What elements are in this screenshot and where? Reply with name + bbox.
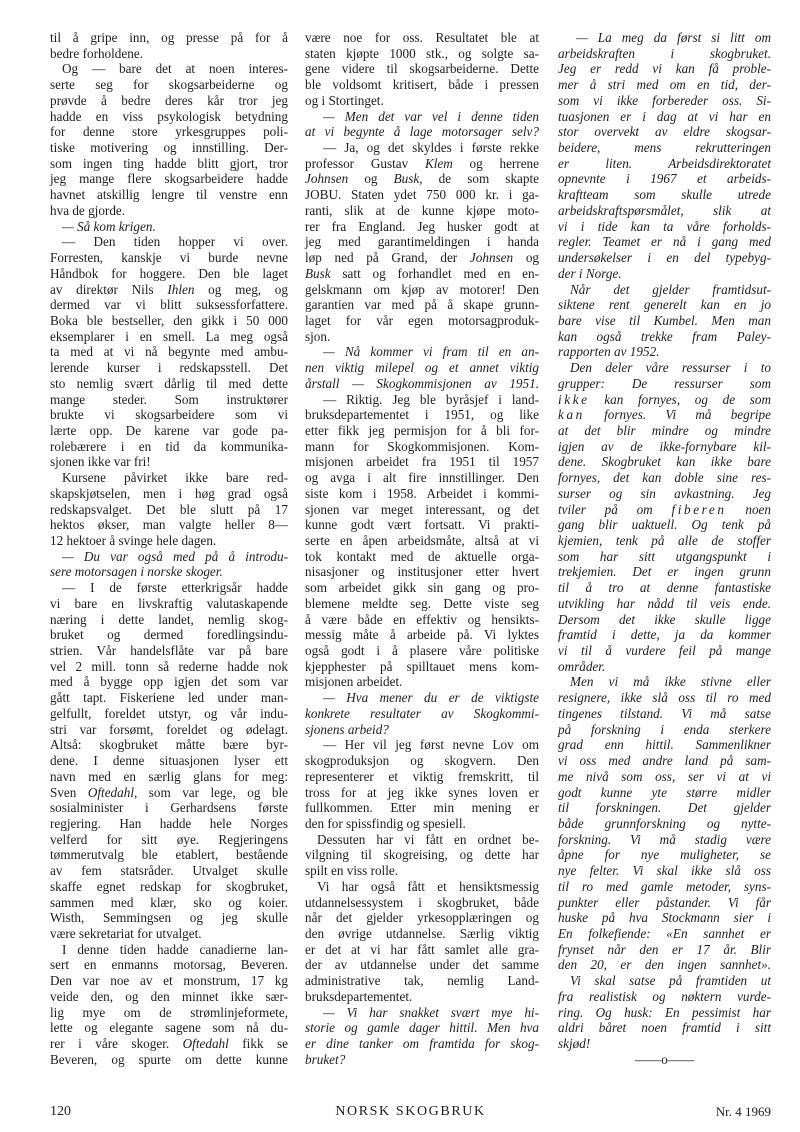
text-line: stri var forsømt, foreldet og ødelagt. [50, 722, 288, 738]
text-line: sjonen ikke var fri! [50, 454, 288, 470]
text-line: rolebærere i en tid da kommunika- [50, 439, 288, 455]
text-line: bedre forholdene. [50, 46, 288, 62]
text-line: bare vise til Kumbel. Men man [558, 313, 771, 329]
magazine-title: NORSK SKOGBRUK [50, 1104, 771, 1120]
text-line: grad enn hittil. Sammenlikner [558, 737, 771, 753]
spaced-emphasis: ikke [558, 392, 590, 407]
text-line: Men vi må ikke stivne eller [558, 674, 771, 690]
text-line: misjonen arbeidet. [305, 674, 539, 690]
text-line: vi til å vurdere feil på mange [558, 643, 771, 659]
text-line: redskapsvalget. Det ble slutt på 17 [50, 502, 288, 518]
text-line: rer fra England. Jeg husker godt at [305, 219, 539, 235]
text-line: å være både en effektiv og hensikts- [305, 612, 539, 628]
text-line: er det at vi har fått samlet alle gra- [305, 942, 539, 958]
text-line: næring i dette landet, nemlig skog- [50, 612, 288, 628]
text-line: nen viktig milepel og et annet viktig [305, 360, 539, 376]
text-line: Wisth, Semmingsen og jeg skulle [50, 910, 288, 926]
text-line: etter fikk jeg permisjon for å bli for- [305, 423, 539, 439]
text-line: fullkommen. Etter min mening er [305, 800, 539, 816]
italic-name: Oftedahl [88, 785, 134, 800]
text-line: arbeidskraftspørsmålet, slik at [558, 203, 771, 219]
text-line: — Hva mener du er de viktigste [305, 690, 539, 706]
text-line: av direktør Nils Ihlen og meg, og [50, 282, 288, 298]
text-line: områder. [558, 659, 771, 675]
text-line: regler. Teamet er nå i gang med [558, 234, 771, 250]
text-line: aldri båret noen framtid i sitt [558, 1020, 771, 1036]
text-line: opnevnte i 1967 et arbeids- [558, 171, 771, 187]
page-footer: 120 NORSK SKOGBRUK Nr. 4 1969 [50, 1104, 771, 1124]
text-line: nye felter. Vi skal ikke slå oss [558, 863, 771, 879]
text-line: ta med at vi nå begynte med ambu- [50, 344, 288, 360]
text-line: at det blir mindre og mindre [558, 423, 771, 439]
text-line: strien. Vår handelsflåte var på bare [50, 643, 288, 659]
text-line: dene. Skogbruket kan ikke bare [558, 454, 771, 470]
text-line: navn med en særlig glans for meg: [50, 769, 288, 785]
text-line: ring. Og husk: En pessimist har [558, 1005, 771, 1021]
text-line: der i Norge. [558, 266, 771, 282]
text-line: den 20, er den ingen sannhet». [558, 957, 771, 973]
text-line: ble voldsomt kritisert, både i pressen [305, 77, 539, 93]
text-line: kraftteam som skulle utrede [558, 187, 771, 203]
text-line: Vi skal satse på framtiden ut [558, 973, 771, 989]
text-line: serte en åpen arbeidsmåte, altså at vi [305, 533, 539, 549]
text-line: tømmerutvalg ble etablert, bestående [50, 847, 288, 863]
text-line: skogproduksjon og skogvern. Den [305, 753, 539, 769]
text-segment: tviler på om [558, 502, 672, 517]
text-line: skapskjøtselen, men i høg grad også [50, 486, 288, 502]
text-line: veide den, og den minnet ikke sær- [50, 989, 288, 1005]
text-line: mange steder. Som instruktører [50, 392, 288, 408]
text-line: vi bare en livskraftig valutaskapende [50, 596, 288, 612]
text-line: nisasjoner og institusjoner etter hvert [305, 564, 539, 580]
text-line: hadde en viss psykologisk betydning [50, 109, 288, 125]
italic-name: Johnsen [470, 250, 513, 265]
text-line: — Du var også med på å introdu- [50, 549, 288, 565]
text-line: som vi ikke forbereder oss. Si- [558, 93, 771, 109]
text-line: rer i våre skoger. Oftedahl fikk se [50, 1036, 288, 1052]
text-line: representerer et viktig fremskritt, til [305, 769, 539, 785]
text-line: og i Stortinget. [305, 93, 539, 109]
text-line: den øvrige utdannelse. Særlig viktig [305, 926, 539, 942]
text-line: Kursene påvirket ikke bare red- [50, 470, 288, 486]
text-line: konkrete resultater av Skogkommi- [305, 706, 539, 722]
text-line: regjering. Han hadde hele Norges [50, 816, 288, 832]
text-line: sosialminister i Gerhardsens første [50, 800, 288, 816]
text-line: skjød! [558, 1036, 771, 1052]
text-line: I denne tiden hadde canadierne lan- [50, 942, 288, 958]
text-line: brukte vi skogsarbeidere som vi [50, 407, 288, 423]
text-line: lerende kurser i redskapsstell. Det [50, 360, 288, 376]
italic-name: Busk [394, 171, 420, 186]
text-line: laget for vår egen motorsagproduk- [305, 313, 539, 329]
text-line: velferd for sitt øye. Regjeringens [50, 832, 288, 848]
text-line: — Vi har snakket svært mye hi- [305, 1005, 539, 1021]
text-line: lig mye om de strømlinjeformete, [50, 1005, 288, 1021]
text-line: fornyes, det kan doble sine res- [558, 470, 771, 486]
text-line: — La meg da først si litt om [558, 30, 771, 46]
text-line: tviler på om fiberen noen [558, 502, 771, 518]
text-line: arbeidskraften i skogbruket. [558, 46, 771, 62]
text-line: stor overvekt av eldre skogsar- [558, 124, 771, 140]
text-line: godt kunne yte større midler [558, 785, 771, 801]
text-line: bruksdepartementet. [305, 989, 539, 1005]
text-line: jeg med garantimeldingen i handa [305, 234, 539, 250]
section-end-divider: ——o—— [558, 1052, 771, 1068]
text-line: være noe for oss. Resultatet ble at [305, 30, 539, 46]
text-line: gelfullt, foreldet utstyr, og vår indu- [50, 706, 288, 722]
text-line: lette og elegante sagene som nå du- [50, 1020, 288, 1036]
text-line: — Men det var vel i denne tiden [305, 109, 539, 125]
text-line: grupper: De ressurser som [558, 376, 771, 392]
text-line: løp ned på Grand, der Johnsen og [305, 250, 539, 266]
text-line: utdannelsessystem i skogbruket, både [305, 895, 539, 911]
text-line: surser og sin avkastning. Jeg [558, 486, 771, 502]
text-line: sto nemlig svært dårlig til med dette [50, 376, 288, 392]
text-segment: fornyes. Vi må begripe [585, 407, 771, 422]
italic-name: Klem [425, 156, 453, 171]
text-line: vi i tide kan ta våre forholds- [558, 219, 771, 235]
text-line: ikke kan fornyes, og de som [558, 392, 771, 408]
text-line: misjonen arbeidet fra 1951 til 1957 [305, 454, 539, 470]
text-line: sert en enmanns motorsag, Beveren. [50, 957, 288, 973]
text-line: Johnsen og Busk, de som skapte [305, 171, 539, 187]
text-line: med å bygge opp igjen det som var [50, 674, 288, 690]
italic-name: Oftedahl [183, 1036, 229, 1051]
text-line: lærte opp. De karene var gode pa- [50, 423, 288, 439]
text-line: En folkefiende: «En sannhet er [558, 926, 771, 942]
text-line: tross for at jeg ikke synes loven er [305, 785, 539, 801]
text-line: der av utdannelse under det samme [305, 957, 539, 973]
issue-label: Nr. 4 1969 [716, 1104, 771, 1120]
text-line: Forresten, kanskje vi burde nevne [50, 250, 288, 266]
text-line: være sekretariat for utvalget. [50, 926, 288, 942]
text-line: Dessuten har vi fått en ordnet be- [305, 832, 539, 848]
text-line: sammen med klær, sko og koier. [50, 895, 288, 911]
text-line: mer å stri med om en tid, der- [558, 77, 771, 93]
text-line: Håndbok for hoggere. Den ble laget [50, 266, 288, 282]
text-line: — Ja, og det skyldes i første rekke [305, 140, 539, 156]
article-column-3: — La meg da først si litt omarbeidskraft… [558, 30, 771, 1067]
text-line: gene videre til skogsarbeiderne. Dette [305, 61, 539, 77]
text-line: at vi begynte å lage motorsager selv? [305, 124, 539, 140]
text-line: storie og gamle dager hittil. Men hva [305, 1020, 539, 1036]
text-line: og avga i alt fire innstillinger. Den [305, 470, 539, 486]
text-line: til forskningen. Det gjelder [558, 800, 771, 816]
text-line: årstall — Skogkommisjonen av 1951. [305, 376, 539, 392]
text-line: rapporten av 1952. [558, 344, 771, 360]
text-line: garantien var med på å skape grunn- [305, 297, 539, 313]
text-line: administrative tak, nemlig Land- [305, 973, 539, 989]
text-line: Beveren, og spurte om dette kunne [50, 1052, 288, 1068]
italic-name: Busk [305, 266, 331, 281]
text-line: gang blir uaktuell. Og tenk på [558, 517, 771, 533]
text-line: kan også trekke fram Paley- [558, 329, 771, 345]
text-line: gelskmann om kjøp av motorer! Den [305, 282, 539, 298]
text-line: resignere, ikke slå oss til ro med [558, 690, 771, 706]
text-line: — Så kom krigen. [50, 219, 288, 235]
text-line: sere motorsagen i norske skoger. [50, 564, 288, 580]
text-line: beidere, mens rekrutteringen [558, 140, 771, 156]
text-line: kjemien, tenk på alle de stoffer [558, 533, 771, 549]
italic-name: Johnsen [305, 171, 348, 186]
text-line: framtid i dette, ja da kommer [558, 627, 771, 643]
text-line: — I de første etterkrigsår hadde [50, 580, 288, 596]
text-line: JOBU. Staten ydet 750 000 kr. i ga- [305, 187, 539, 203]
text-line: Sven Oftedahl, som var lege, og ble [50, 785, 288, 801]
magazine-page: til å gripe inn, og presse på for åbedre… [0, 0, 800, 1132]
text-line: prøvde å bedre deres kår tror jeg [50, 93, 288, 109]
text-line: vilgning til skogreising, og dette har [305, 847, 539, 863]
text-line: Når det gjelder framtidsut- [558, 282, 771, 298]
text-line: trekjemien. Det er ingen grunn [558, 564, 771, 580]
text-line: vel 2 mill. tonn så rederne hadde nok [50, 659, 288, 675]
text-line: siste kom i 1958. Arbeidet i kommi- [305, 486, 539, 502]
text-line: 12 hektoer å svinge hele dagen. [50, 533, 288, 549]
text-line: Altså: skogbruket måtte bære byr- [50, 737, 288, 753]
text-line: Dersom det ikke skulle ligge [558, 612, 771, 628]
text-line: frynset når den er 17 år. Blir [558, 942, 771, 958]
text-line: Vi har også fått et hensiktsmessig [305, 879, 539, 895]
text-line: dene. I denne situasjonen lyser ett [50, 753, 288, 769]
text-line: messig måte å arbeide på. Vi lyktes [305, 627, 539, 643]
article-column-2: være noe for oss. Resultatet ble atstate… [305, 30, 539, 1067]
text-line: til å tro at denne fantastiske [558, 580, 771, 596]
text-line: bruket? [305, 1052, 539, 1068]
text-line: Jeg er redd vi kan få proble- [558, 61, 771, 77]
text-segment: kan fornyes, og de som [590, 392, 771, 407]
text-line: — Her vil jeg først nevne Lov om [305, 737, 539, 753]
text-line: punkter eller påstander. Vi får [558, 895, 771, 911]
text-line: igjen av de ikke-fornybare kil- [558, 439, 771, 455]
text-line: av fem statsråder. Utvalget skulle [50, 863, 288, 879]
spaced-emphasis: kan [558, 407, 585, 422]
text-line: spilt en viss rolle. [305, 863, 539, 879]
text-line: til ro med gamle metoder, syns- [558, 879, 771, 895]
text-line: blemene meldte seg. Dette viste seg [305, 596, 539, 612]
text-line: bruksdepartementet i 1951, og like [305, 407, 539, 423]
text-line: tiske motivering og innstilling. Der- [50, 140, 288, 156]
text-line: havnet atskillig lengre til venstre enn [50, 187, 288, 203]
text-line: serte seg for skogsarbeiderne og [50, 77, 288, 93]
text-segment: noen [727, 502, 771, 517]
text-line: skaffe egnet redskap for skogbruket, [50, 879, 288, 895]
text-line: — Nå kommer vi fram til en an- [305, 344, 539, 360]
text-line: huske på hva Stockmann sier i [558, 910, 771, 926]
text-line: siktene rent generelt kan en jo [558, 297, 771, 313]
text-line: — Den tiden hopper vi over. [50, 234, 288, 250]
spaced-emphasis: fiberen [672, 502, 727, 517]
text-line: kan fornyes. Vi må begripe [558, 407, 771, 423]
text-line: dermed var vi blitt suksessforfattere. [50, 297, 288, 313]
text-line: kjepphester på spilltauet mens kom- [305, 659, 539, 675]
text-line: fra realistisk og nøktern vurde- [558, 989, 771, 1005]
text-line: når det gjelder yrkesopplæringen og [305, 910, 539, 926]
text-line: utvikling har nådd til veis ende. [558, 596, 771, 612]
text-line: gått tapt. Fiskeriene led under man- [50, 690, 288, 706]
text-line: er dine tanker om framtida for skog- [305, 1036, 539, 1052]
article-column-1: til å gripe inn, og presse på for åbedre… [50, 30, 288, 1067]
text-line: til å gripe inn, og presse på for å [50, 30, 288, 46]
text-line: forskning. Vi må stadig være [558, 832, 771, 848]
text-line: me nivå som oss, ser vi at vi [558, 769, 771, 785]
text-line: staten kjøpte 1000 stk., og solgte sa- [305, 46, 539, 62]
text-line: tingenes tilstand. Vi må satse [558, 706, 771, 722]
text-line: kunne godt vært fortsatt. Vi prakti- [305, 517, 539, 533]
text-line: sjon. [305, 329, 539, 345]
text-line: hektos økser, man valgte heller 8— [50, 517, 288, 533]
text-line: Den var noe av et monstrum, 17 kg [50, 973, 288, 989]
text-line: eksemplarer i en smell. La meg også [50, 329, 288, 345]
text-line: tuasjonen er i dag at vi har en [558, 109, 771, 125]
text-line: bruket og dermed foredlingsindu- [50, 627, 288, 643]
text-line: professor Gustav Klem og herrene [305, 156, 539, 172]
text-line: åpne for nye muligheter, se [558, 847, 771, 863]
text-line: Boka ble bestseller, den gikk i 50 000 [50, 313, 288, 329]
text-line: som ingen ting hadde blitt gjort, tror [50, 156, 288, 172]
text-line: mann for Skogkommisjonen. Kom- [305, 439, 539, 455]
text-line: undersøkelser i en del typebyg- [558, 250, 771, 266]
text-line: hva de gjorde. [50, 203, 288, 219]
text-line: for denne store yrkesgruppes poli- [50, 124, 288, 140]
text-line: — Riktig. Jeg ble byråsjef i land- [305, 392, 539, 408]
text-line: tok kontakt med de aktuelle orga- [305, 549, 539, 565]
text-line: sjonen var meget interessant, og det [305, 502, 539, 518]
text-line: også godt i å plasere våre politiske [305, 643, 539, 659]
text-line: vi oss med andre land på sam- [558, 753, 771, 769]
text-line: ranti, slik at de kunne kjøpe moto- [305, 203, 539, 219]
text-line: den for spissfindig og spesiell. [305, 816, 539, 832]
text-line: sjonens arbeid? [305, 722, 539, 738]
text-line: på forskning i enda sterkere [558, 722, 771, 738]
text-line: Den deler våre ressurser i to [558, 360, 771, 376]
text-line: som har sitt utgangspunkt i [558, 549, 771, 565]
text-line: jeg mange flere skogsarbeidere hadde [50, 171, 288, 187]
text-line: som arbeidet gikk sin gang og pro- [305, 580, 539, 596]
text-line: Busk satt og forhandlet med en en- [305, 266, 539, 282]
text-line: er liten. Arbeidsdirektoratet [558, 156, 771, 172]
text-line: både grunnforskning og nytte- [558, 816, 771, 832]
italic-name: Ihlen [167, 282, 194, 297]
text-line: Og — bare det at noen interes- [50, 61, 288, 77]
